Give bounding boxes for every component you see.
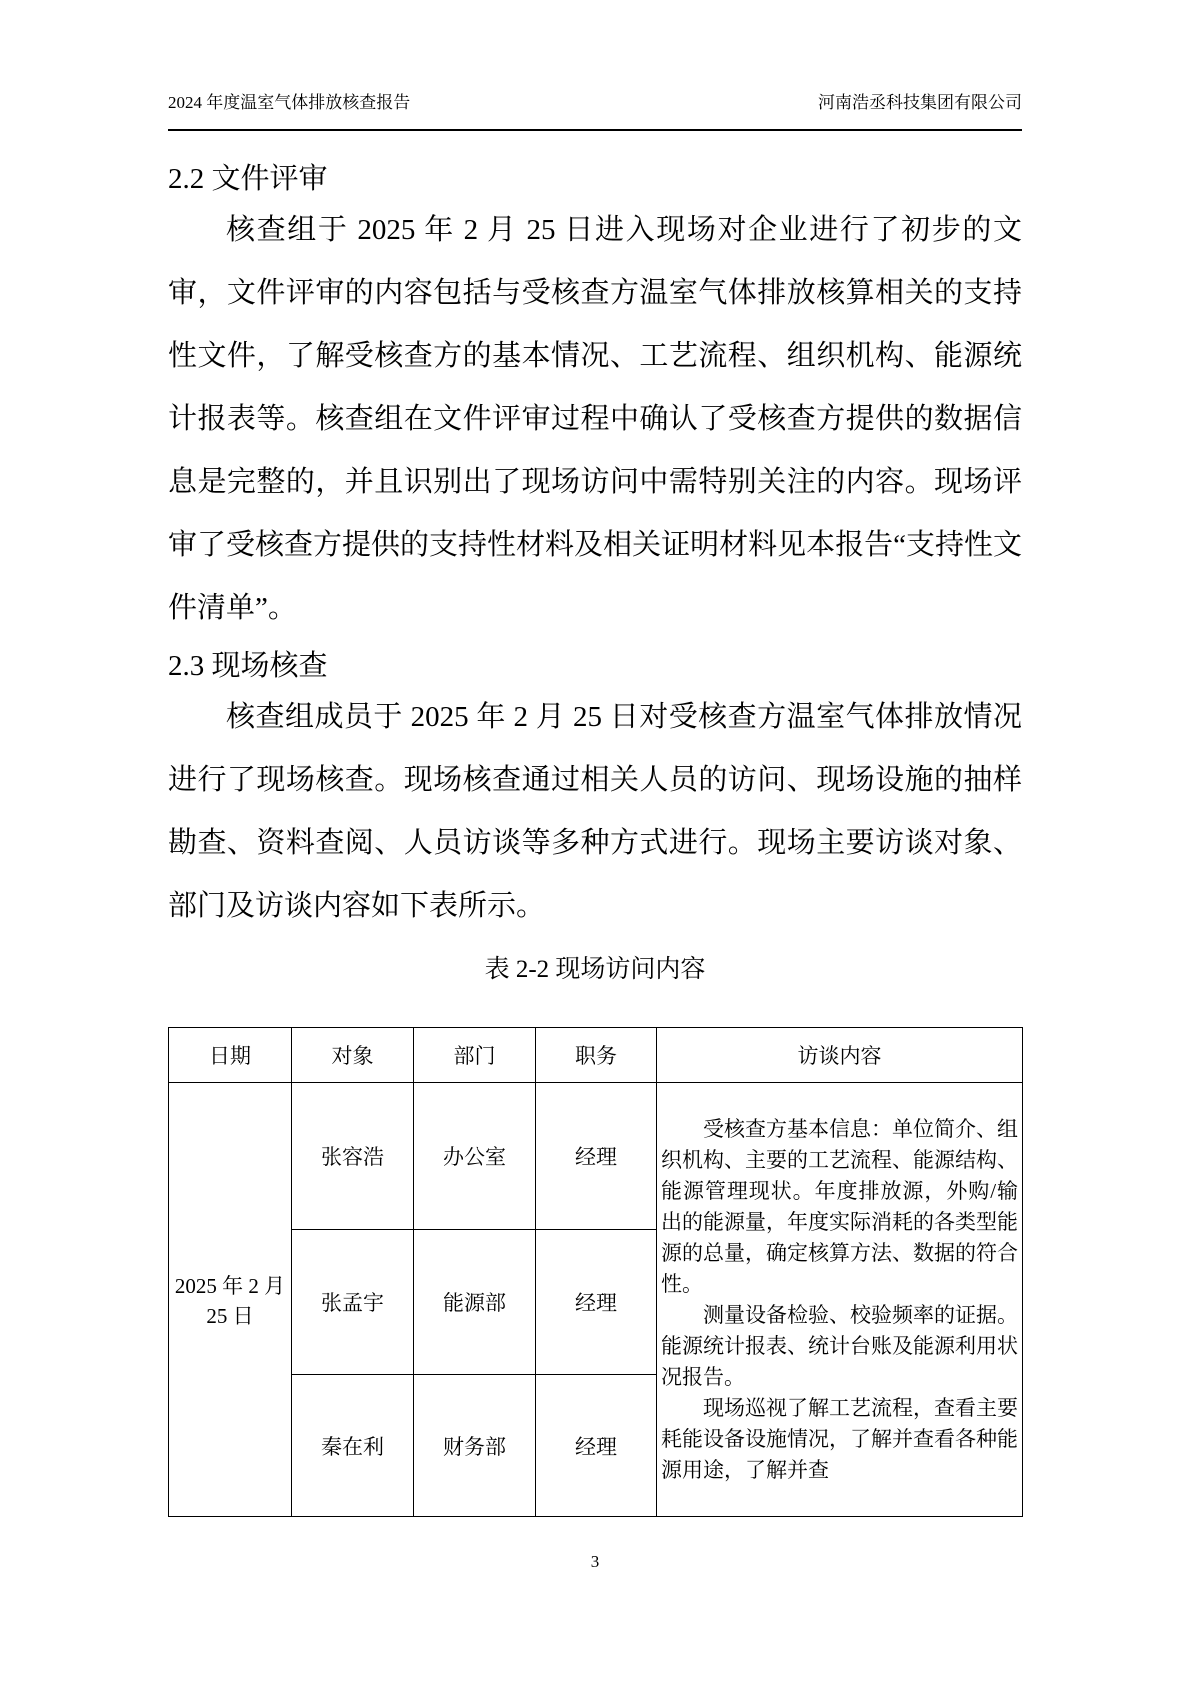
report-page: 2024 年度温室气体排放核查报告 河南浩丞科技集团有限公司 2.2 文件评审 … xyxy=(0,0,1190,1683)
col-header-position: 职务 xyxy=(536,1028,657,1083)
site-visit-table: 日期 对象 部门 职务 访谈内容 2025 年 2 月 25 日 张容浩 办公室… xyxy=(168,1027,1023,1517)
page-header: 2024 年度温室气体排放核查报告 河南浩丞科技集团有限公司 xyxy=(168,88,1022,131)
cell-department: 能源部 xyxy=(414,1230,536,1375)
col-header-date: 日期 xyxy=(169,1028,292,1083)
interview-paragraph-1: 受核查方基本信息：单位简介、组织机构、主要的工艺流程、能源结构、能源管理现状。年… xyxy=(661,1114,1018,1300)
col-header-interview-content: 访谈内容 xyxy=(657,1028,1023,1083)
cell-position: 经理 xyxy=(536,1230,657,1375)
cell-position: 经理 xyxy=(536,1083,657,1230)
interview-paragraph-3: 现场巡视了解工艺流程，查看主要耗能设备设施情况，了解并查看各种能源用途，了解并查 xyxy=(661,1393,1018,1486)
cell-interview-content: 受核查方基本信息：单位简介、组织机构、主要的工艺流程、能源结构、能源管理现状。年… xyxy=(657,1083,1023,1517)
section-2-2-paragraph: 核查组于 2025 年 2 月 25 日进入现场对企业进行了初步的文审，文件评审… xyxy=(168,199,1022,640)
section-heading-2-2: 2.2 文件评审 xyxy=(168,159,1022,199)
interview-paragraph-2: 测量设备检验、校验频率的证据。能源统计报表、统计台账及能源利用状况报告。 xyxy=(661,1300,1018,1393)
cell-person-name: 张容浩 xyxy=(292,1083,414,1230)
col-header-person: 对象 xyxy=(292,1028,414,1083)
table-header-row: 日期 对象 部门 职务 访谈内容 xyxy=(169,1028,1023,1083)
table-caption: 表 2-2 现场访问内容 xyxy=(168,952,1022,987)
cell-department: 财务部 xyxy=(414,1375,536,1517)
cell-person-name: 秦在利 xyxy=(292,1375,414,1517)
cell-visit-date: 2025 年 2 月 25 日 xyxy=(169,1083,292,1517)
section-heading-2-3: 2.3 现场核查 xyxy=(168,646,1022,686)
col-header-department: 部门 xyxy=(414,1028,536,1083)
page-number: 3 xyxy=(0,1552,1190,1572)
section-2-3-paragraph: 核查组成员于 2025 年 2 月 25 日对受核查方温室气体排放情况进行了现场… xyxy=(168,686,1022,938)
table-row: 2025 年 2 月 25 日 张容浩 办公室 经理 受核查方基本信息：单位简介… xyxy=(169,1083,1023,1230)
cell-person-name: 张孟宇 xyxy=(292,1230,414,1375)
header-report-title: 2024 年度温室气体排放核查报告 xyxy=(168,88,410,113)
cell-position: 经理 xyxy=(536,1375,657,1517)
cell-department: 办公室 xyxy=(414,1083,536,1230)
header-company-name: 河南浩丞科技集团有限公司 xyxy=(818,88,1022,113)
